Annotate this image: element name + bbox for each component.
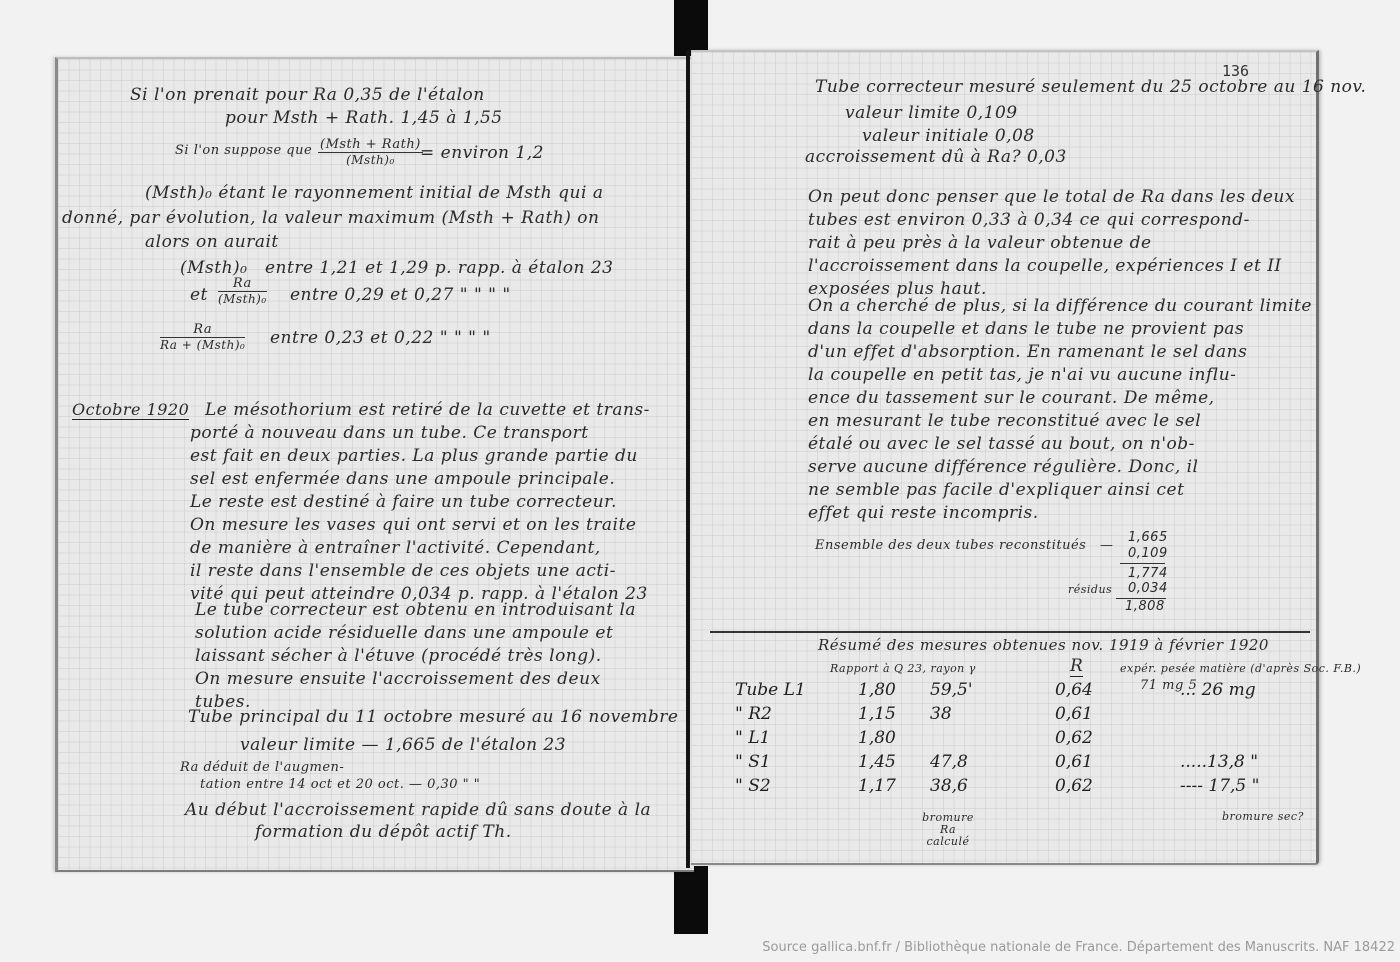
date-heading: Octobre 1920 bbox=[72, 400, 189, 420]
sum-rule-1 bbox=[1120, 563, 1165, 564]
fraction-denominator: Ra + (Msth)₀ bbox=[160, 338, 245, 352]
handwritten-line: la coupelle en petit tas, je n'ai vu auc… bbox=[808, 365, 1236, 385]
handwritten-line: il reste dans l'ensemble de ces objets u… bbox=[190, 561, 616, 581]
left-para1-row3-fraction: Ra Ra + (Msth)₀ bbox=[160, 322, 245, 352]
handwritten-line: On mesure ensuite l'accroissement des de… bbox=[195, 669, 601, 689]
table-cell-ratio: 1,80 bbox=[858, 728, 896, 748]
handwritten-line: ence du tassement sur le courant. De mêm… bbox=[808, 388, 1215, 408]
col-header-r: R bbox=[1070, 656, 1083, 677]
footnote-center: bromure Ra calculé bbox=[918, 812, 978, 848]
sum-label: Ensemble des deux tubes reconstitués bbox=[815, 538, 1086, 553]
sum-residue-label: résidus bbox=[1068, 583, 1112, 596]
handwritten-line: tubes est environ 0,33 à 0,34 ce qui cor… bbox=[808, 210, 1250, 230]
left-para1-row3-text: entre 0,23 et 0,22 " " " " bbox=[270, 328, 491, 348]
left-para4-line1: Tube principal du 11 octobre mesuré au 1… bbox=[188, 707, 678, 727]
table-cell-r: 0,61 bbox=[1055, 752, 1093, 772]
footnote-right: bromure sec? bbox=[1222, 810, 1304, 823]
fraction-denominator: (Msth)₀ bbox=[218, 292, 267, 306]
handwritten-line: serve aucune différence régulière. Donc,… bbox=[808, 457, 1199, 477]
right-para1-line1: Tube correcteur mesuré seulement du 25 o… bbox=[815, 77, 1366, 97]
handwritten-line: On peut donc penser que le total de Ra d… bbox=[808, 187, 1295, 207]
table-cell-gamma: 59,5' bbox=[930, 680, 973, 700]
left-para4-line6: formation du dépôt actif Th. bbox=[255, 822, 512, 842]
table-cell-ratio: 1,15 bbox=[858, 704, 896, 724]
fraction-numerator: Ra bbox=[160, 322, 245, 338]
sum-total: 1,808 bbox=[1125, 599, 1165, 614]
handwritten-line: Le reste est destiné à faire un tube cor… bbox=[190, 492, 617, 512]
handwritten-line: étalé ou avec le sel tassé au bout, on n… bbox=[808, 434, 1195, 454]
handwritten-line: sel est enfermée dans une ampoule princi… bbox=[190, 469, 615, 489]
left-para4-line4: tation entre 14 oct et 20 oct. — 0,30 " … bbox=[200, 777, 480, 792]
table-cell-tube: " S2 bbox=[735, 776, 771, 796]
handwritten-line: On a cherché de plus, si la différence d… bbox=[808, 296, 1312, 316]
sum-addend1: 1,665 bbox=[1128, 530, 1168, 545]
summary-title: Résumé des mesures obtenues nov. 1919 à … bbox=[818, 636, 1269, 654]
table-cell-r: 0,62 bbox=[1055, 776, 1093, 796]
fraction-numerator: Ra bbox=[218, 276, 267, 292]
handwritten-line: Le tube correcteur est obtenu en introdu… bbox=[195, 600, 636, 620]
left-para1-row1-text: entre 1,21 et 1,29 p. rapp. à étalon 23 bbox=[265, 258, 614, 278]
left-para1-line1: (Msth)₀ étant le rayonnement initial de … bbox=[145, 183, 603, 203]
handwritten-line: effet qui reste incompris. bbox=[808, 503, 1039, 523]
left-para1-row2-text: entre 0,29 et 0,27 " " " " bbox=[290, 285, 511, 305]
table-cell-r: 0,64 bbox=[1055, 680, 1093, 700]
handwritten-line: en mesurant le tube reconstitué avec le … bbox=[808, 411, 1201, 431]
table-cell-r: 0,61 bbox=[1055, 704, 1093, 724]
source-credit: Source gallica.bnf.fr / Bibliothèque nat… bbox=[762, 940, 1395, 955]
left-para1-line3: alors on aurait bbox=[145, 232, 279, 252]
table-cell-ratio: 1,45 bbox=[858, 752, 896, 772]
binding-clip-bottom bbox=[674, 866, 708, 934]
handwritten-line: est fait en deux parties. La plus grande… bbox=[190, 446, 638, 466]
right-para1-line4: accroissement dû à Ra? 0,03 bbox=[805, 147, 1067, 167]
handwritten-line: ne semble pas facile d'expliquer ainsi c… bbox=[808, 480, 1184, 500]
col-header-weight: expér. pesée matière (d'après Soc. F.B.) bbox=[1120, 662, 1361, 675]
handwritten-line: On mesure les vases qui ont servi et on … bbox=[190, 515, 636, 535]
handwritten-line: solution acide résiduelle dans une ampou… bbox=[195, 623, 613, 643]
handwritten-line: de manière à entraîner l'activité. Cepen… bbox=[190, 538, 601, 558]
right-para1-line3: valeur initiale 0,08 bbox=[862, 126, 1035, 146]
table-cell-tube: " L1 bbox=[735, 728, 770, 748]
left-para1-line2: donné, par évolution, la valeur maximum … bbox=[62, 208, 599, 228]
table-cell-ratio: 1,80 bbox=[858, 680, 896, 700]
handwritten-line: l'accroissement dans la coupelle, expéri… bbox=[808, 256, 1282, 276]
col-header-ratio: Rapport à Q 23, rayon γ bbox=[830, 662, 976, 675]
binding-clip-top bbox=[674, 0, 708, 56]
left-para1-row1-label: (Msth)₀ bbox=[180, 258, 248, 278]
table-cell-weight: ... 26 mg bbox=[1180, 680, 1256, 700]
left-intro-line3-pre: Si l'on suppose que bbox=[175, 143, 312, 158]
handwritten-line: Le mésothorium est retiré de la cuvette … bbox=[205, 400, 650, 420]
sum-subtotal: 1,774 bbox=[1128, 566, 1168, 581]
left-para4-line3: Ra déduit de l'augmen- bbox=[180, 760, 344, 775]
table-cell-r: 0,62 bbox=[1055, 728, 1093, 748]
table-cell-ratio: 1,17 bbox=[858, 776, 896, 796]
fraction-numerator: (Msth + Rath) bbox=[318, 137, 423, 153]
table-cell-tube: Tube L1 bbox=[735, 680, 806, 700]
table-cell-weight: .....13,8 " bbox=[1180, 752, 1258, 772]
table-cell-weight: ---- 17,5 " bbox=[1180, 776, 1259, 796]
table-cell-gamma: 38,6 bbox=[930, 776, 968, 796]
left-para4-line5: Au début l'accroissement rapide dû sans … bbox=[185, 800, 651, 820]
fraction-denominator: (Msth)₀ bbox=[318, 153, 423, 167]
sum-dash: — bbox=[1100, 538, 1114, 553]
left-para1-row2-pre: et bbox=[190, 285, 208, 305]
handwritten-line: laissant sécher à l'étuve (procédé très … bbox=[195, 646, 602, 666]
sum-addend3: 0,034 bbox=[1128, 581, 1168, 596]
handwritten-line: d'un effet d'absorption. En ramenant le … bbox=[808, 342, 1247, 362]
left-intro-line2: pour Msth + Rath. 1,45 à 1,55 bbox=[225, 108, 503, 128]
table-cell-tube: " S1 bbox=[735, 752, 771, 772]
left-intro-fraction: (Msth + Rath) (Msth)₀ bbox=[318, 137, 423, 167]
table-cell-gamma: 38 bbox=[930, 704, 952, 724]
right-para1-line2: valeur limite 0,109 bbox=[845, 103, 1018, 123]
notebook-spine bbox=[686, 50, 690, 868]
table-cell-gamma: 47,8 bbox=[930, 752, 968, 772]
left-intro-line3-post: = environ 1,2 bbox=[420, 143, 544, 163]
handwritten-line: dans la coupelle et dans le tube ne prov… bbox=[808, 319, 1244, 339]
handwritten-line: porté à nouveau dans un tube. Ce transpo… bbox=[190, 423, 589, 443]
table-cell-tube: " R2 bbox=[735, 704, 772, 724]
section-divider bbox=[710, 631, 1310, 633]
left-intro-line1: Si l'on prenait pour Ra 0,35 de l'étalon bbox=[130, 85, 485, 105]
left-para4-line2: valeur limite — 1,665 de l'étalon 23 bbox=[240, 735, 566, 755]
left-para1-row2-fraction: Ra (Msth)₀ bbox=[218, 276, 267, 306]
handwritten-line: rait à peu près à la valeur obtenue de bbox=[808, 233, 1152, 253]
sum-addend2: 0,109 bbox=[1128, 546, 1168, 561]
